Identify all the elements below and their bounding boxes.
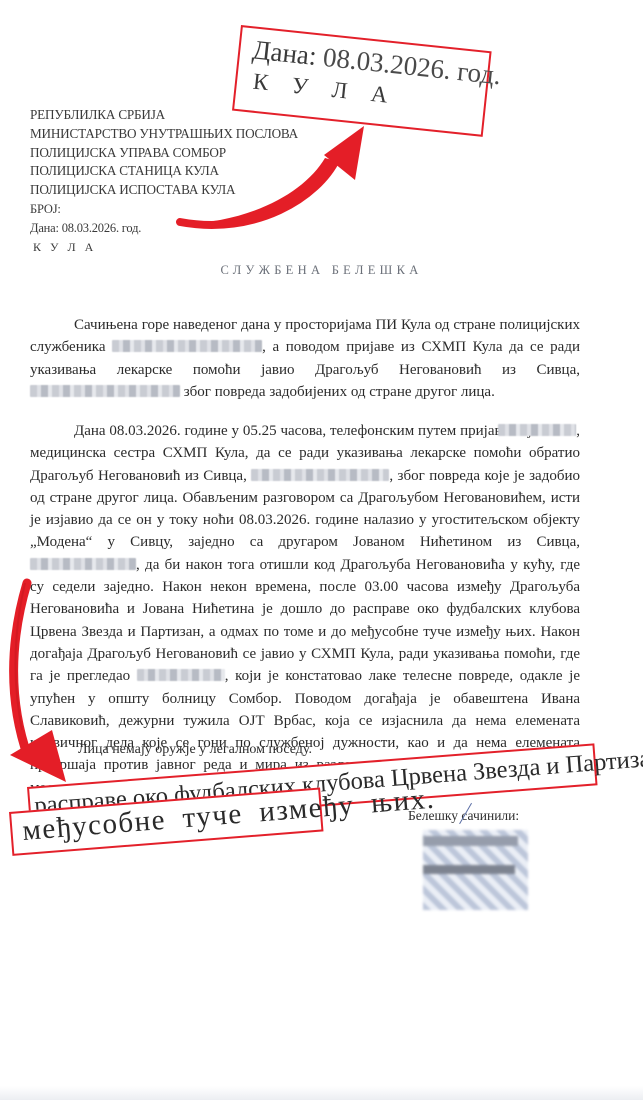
document-city: К У Л А [30,238,298,257]
highlight-date-prefix: Дана: [251,34,325,71]
redacted-witness-address [30,558,136,570]
redacted-victim-address [251,469,389,481]
paragraph-3-text: Лица немају оружје у легалном поседу. [78,742,312,757]
scanned-document-page: РЕПУБЛИЛКА СРБИЈА МИНИСТАРСТВО УНУТРАШЊИ… [0,0,643,1100]
redacted-address [30,385,180,397]
header-line-ministry: МИНИСТАРСТВО УНУТРАШЊИХ ПОСЛОВА [30,125,298,144]
document-header: РЕПУБЛИЛКА СРБИЈА МИНИСТАРСТВО УНУТРАШЊИ… [30,106,298,256]
paragraph-1-text-c: због повреда задобијених од стране друго… [180,384,495,400]
document-title: СЛУЖБЕНА БЕЛЕШКА [0,263,643,278]
document-number-label: БРОЈ: [30,200,298,219]
redacted-officer-names [112,340,262,352]
paragraph-2-text-a: Дана 08.03.2026. године у 05.25 часова, … [74,423,542,439]
paragraph-2-text-d: , да би након тога отишли код Драгољуба … [30,557,580,684]
header-line-police-outpost: ПОЛИЦИЈСКА ИСПОСТАВА КУЛА [30,181,298,200]
header-line-police-station: ПОЛИЦИЈСКА СТАНИЦА КУЛА [30,162,298,181]
redacted-nurse-name [498,424,576,436]
redacted-signature [423,830,528,910]
redacted-doctor-name [137,669,225,681]
next-page-edge [0,1086,643,1100]
paragraph-1: Сачињена горе наведеног дана у просториј… [30,314,580,403]
header-line-police-administration: ПОЛИЦИЈСКА УПРАВА СОМБОР [30,144,298,163]
document-date: Дана: 08.03.2026. год. [30,219,298,238]
